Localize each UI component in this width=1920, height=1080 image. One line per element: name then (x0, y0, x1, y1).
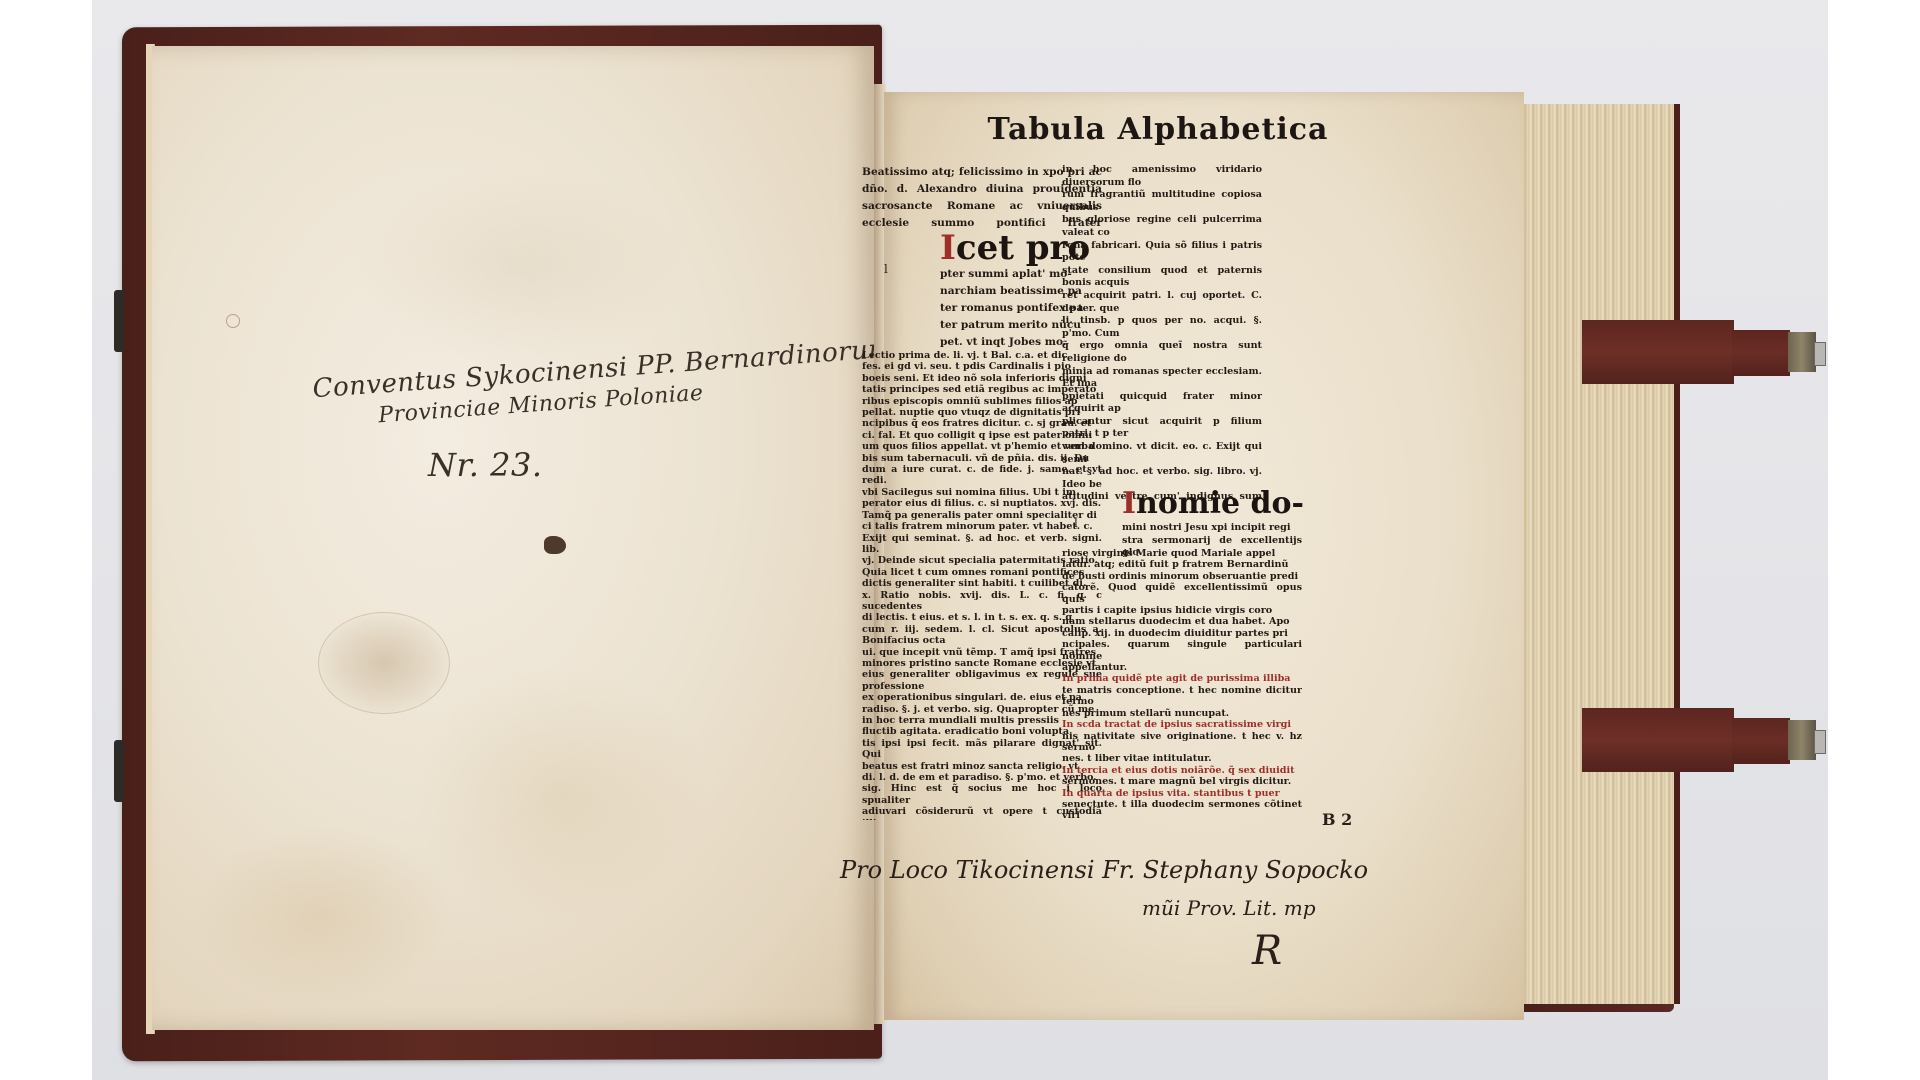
clasp-strap (1582, 320, 1734, 384)
text-line: sermones. t mare magnũ bel virgis dicitu… (1062, 776, 1302, 787)
clasp-strap-end (1732, 330, 1790, 376)
text-line: catorẽ. Quod quidẽ excellentissimũ opus … (1062, 582, 1302, 605)
handwritten-note-line2: mũi Prov. Lit. mp (1142, 896, 1316, 920)
margin-mark-right: l (1074, 516, 1078, 530)
text-line: in hoc amenissimo viridario diuersorum f… (1062, 164, 1262, 189)
text-line: riose virginis Marie quod Mariale appel (1062, 548, 1302, 559)
text-line: partis i capite ipsius hidicie virgis co… (1062, 605, 1302, 616)
text-line: li. tinsb. p quos per no. acqui. §. p'mo… (1062, 315, 1262, 340)
catch-tip-icon (1814, 730, 1826, 754)
text-line: Tamq̃ pa generalis pater omni specialite… (862, 510, 1102, 521)
upper-hinge-icon (114, 290, 124, 352)
decorated-initial: I (940, 228, 956, 268)
handwritten-flourish: R (1252, 928, 1282, 974)
top-stain (352, 166, 692, 366)
right-margin-bar (1828, 0, 1920, 1080)
rubric-line: In quarta de ipsius vita. stantibus t pu… (1062, 788, 1302, 799)
handwritten-note-line1: Pro Loco Tikocinensi Fr. Stephany Sopock… (840, 856, 1368, 884)
text-line: ppietati quicquid frater minor acquirit … (1062, 391, 1262, 416)
margin-mark-left: l (884, 262, 888, 276)
text-line: state consilium quod et paternis bonis a… (1062, 265, 1262, 290)
lower-hinge-icon (114, 740, 124, 802)
left-margin-bar (0, 0, 92, 1080)
text-line: te matris conceptione. t hec nomine dici… (1062, 685, 1302, 708)
rubric-line: In prima quidẽ pte agit de purissima ill… (1062, 673, 1302, 684)
decorated-initial: I (1122, 486, 1136, 521)
text-line: calip. xij. in duodecim diuiditur partes… (1062, 628, 1302, 639)
ink-blot (544, 536, 566, 554)
initial-n-block: Inomie do- (1122, 486, 1304, 521)
faded-oval-stamp (318, 612, 450, 714)
text-line: vum domino. vt dicit. eo. c. Exijt qui s… (1062, 441, 1262, 466)
text-line: q̃ ergo omnia queĩ nostra sunt religione… (1062, 340, 1262, 365)
running-title: Tabula Alphabetica (968, 112, 1348, 147)
text-line: ret acquirit patri. l. cuj oportet. C. d… (1062, 290, 1262, 315)
text-line: nes. t liber vitae intitulatur. (1062, 753, 1302, 764)
text-line: de busti ordinis minorum obseruantie pre… (1062, 571, 1302, 582)
text-line: plicantur sicut acquirit p filium patri.… (1062, 416, 1262, 441)
text-line: appellantur. (1062, 662, 1302, 673)
column-right-body-lower: riose virginis Marie quod Mariale appel … (1062, 548, 1302, 818)
text-line: nis nativitate sive originatione. t hec … (1062, 731, 1302, 754)
text-line: senectute. t illa duodecim sermones cõti… (1062, 799, 1302, 818)
clasp-strap (1582, 708, 1734, 772)
text-line: ncipales. quarum singule particulari nom… (1062, 639, 1302, 662)
text-line: ci talis fratrem minorum pater. vt habet… (862, 521, 1102, 532)
water-stain (412, 666, 712, 926)
incipit-word: nomie do- (1136, 486, 1304, 521)
red-circle-mark (226, 314, 240, 328)
shelfmark: Nr. 23. (428, 446, 543, 484)
text-line: latur. atq; editũ fuit p fratrem Bernard… (1062, 559, 1302, 570)
book-photograph: Conventus Sykocinensi PP. Bernardinorum … (92, 0, 1828, 1080)
signature-mark: B 2 (1322, 810, 1352, 829)
catch-tip-icon (1814, 342, 1826, 366)
text-line: nes primum stellarũ nuncupat. (1062, 708, 1302, 719)
brass-catch-icon (1788, 720, 1816, 760)
rubric-line: In scda tractat de ipsius sacratissime v… (1062, 719, 1302, 730)
text-line: minia ad romanas specter ecclesiam. Et i… (1062, 366, 1262, 391)
text-line: mini nostri Jesu xpi incipit regi (1122, 522, 1302, 535)
left-flyleaf (152, 46, 874, 1030)
text-line: nam stellarus duodecim et dua habet. Apo (1062, 616, 1302, 627)
brass-catch-icon (1788, 332, 1816, 372)
text-line: bus gloriose regine celi pulcerrima vale… (1062, 214, 1262, 239)
text-line: rona fabricari. Quia sõ filius i patris … (1062, 240, 1262, 265)
text-line: rum fragrantiũ multitudine copiosa quibu… (1062, 189, 1262, 214)
foxing-stain (192, 826, 452, 1006)
column-right-top: in hoc amenissimo viridario diuersorum f… (1062, 164, 1262, 504)
rubric-line: In tercia et eius dotis noiãrõe. q̃ sex … (1062, 765, 1302, 776)
clasp-strap-end (1732, 718, 1790, 764)
